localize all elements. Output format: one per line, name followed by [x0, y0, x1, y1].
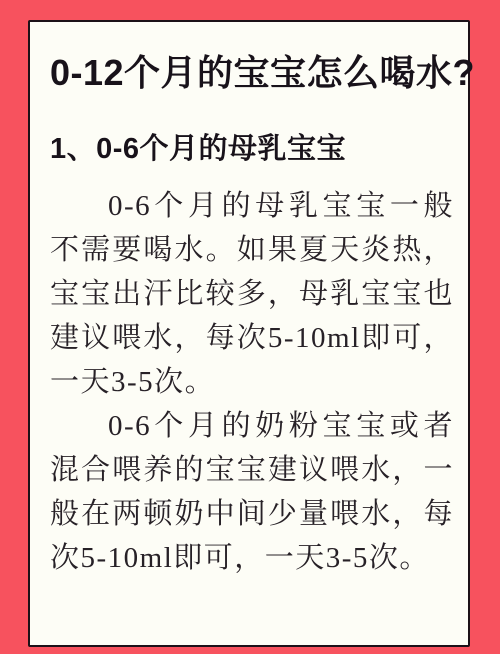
- body-copy: 0-6个月的母乳宝宝一般不需要喝水。如果夏天炎热，宝宝出汗比较多，母乳宝宝也建议…: [50, 184, 454, 580]
- page-title: 0-12个月的宝宝怎么喝水?: [50, 50, 454, 96]
- paragraph-formula-babies: 0-6个月的奶粉宝宝或者混合喂养的宝宝建议喂水，一般在两顿奶中间少量喂水，每次5…: [50, 404, 454, 580]
- paragraph-breastfed-babies: 0-6个月的母乳宝宝一般不需要喝水。如果夏天炎热，宝宝出汗比较多，母乳宝宝也建议…: [50, 184, 454, 404]
- poster-background: 0-12个月的宝宝怎么喝水? 1、0-6个月的母乳宝宝 0-6个月的母乳宝宝一般…: [0, 0, 500, 654]
- section-heading: 1、0-6个月的母乳宝宝: [50, 130, 454, 168]
- content-card: 0-12个月的宝宝怎么喝水? 1、0-6个月的母乳宝宝 0-6个月的母乳宝宝一般…: [28, 20, 470, 647]
